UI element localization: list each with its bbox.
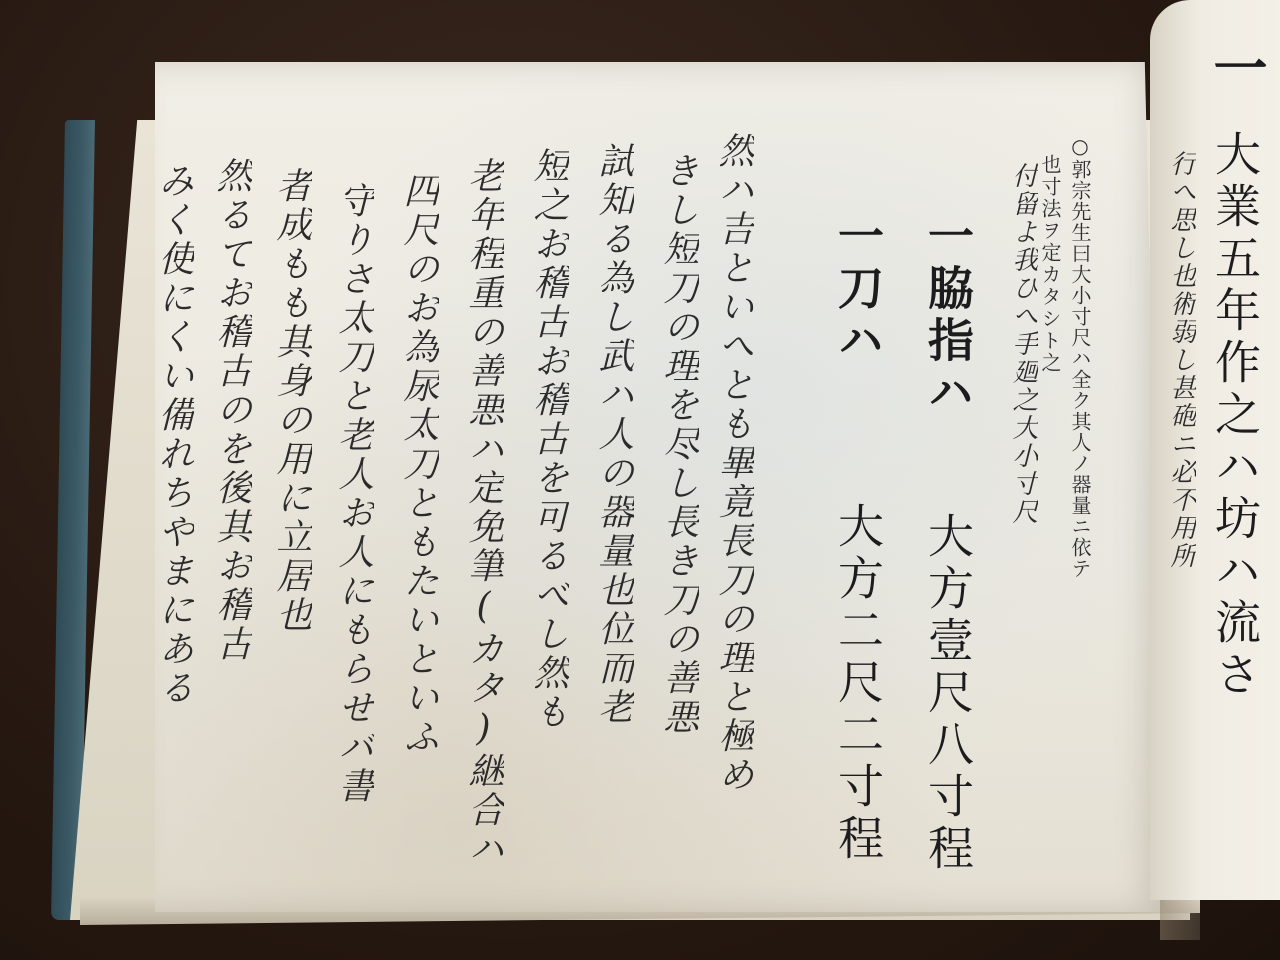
right-page-mark: 一 — [1210, 40, 1264, 100]
text-column-10: 老年程重の善悪ハ定免筆(カタ)継合ハ — [465, 157, 501, 869]
text-column-1: 付留よ我ひへ手廻之大小寸尺 — [1010, 162, 1036, 526]
left-manuscript-page: 付留よ我ひへ手廻之大小寸尺 ○郭宗先生曰大小寸尺ハ全ク其人ノ器量ニ依テ 也寸法ヲ… — [155, 62, 1165, 912]
text-column-3: 也寸法ヲ定カタシト之 — [1040, 154, 1060, 374]
text-column-15: みく使にくい備れちやまにある — [155, 162, 191, 708]
text-column-12: 守りさ太刀と老人お人にもらせバ書 — [335, 182, 371, 806]
right-page-column-2: 行へ思し也術弱し甚砲ニ必不用所 — [1168, 150, 1194, 570]
text-column-8: 試知る為し武ハ人の器量也位而老 — [595, 142, 631, 727]
heading-wakizashi: 一脇指ハ — [925, 212, 971, 420]
text-column-6: 然ハ吉といへとも畢竟長刀の理と極め — [715, 132, 751, 795]
text-column-7: きし短刀の理を尽し長き刀の善悪 — [660, 152, 696, 737]
photo-scene: 付留よ我ひへ手廻之大小寸尺 ○郭宗先生曰大小寸尺ハ全ク其人ノ器量ニ依テ 也寸法ヲ… — [0, 0, 1280, 960]
value-katana-length: 大方二尺二寸程 — [835, 502, 881, 866]
text-column-11: 四尺のお為尿太刀ともたいといふ — [400, 172, 436, 757]
text-column-2: ○郭宗先生曰大小寸尺ハ全ク其人ノ器量ニ依テ — [1070, 134, 1090, 579]
right-page-column-1: 大業五年作之ハ坊ハ流さ — [1212, 130, 1258, 702]
text-column-13: 者成もも其身の用に立居也 — [273, 167, 309, 635]
value-wakizashi-length: 大方壹尺八寸程 — [925, 512, 971, 876]
heading-katana: 一刀ハ — [835, 212, 881, 368]
text-column-14: 然るてお稽古のを後其お稽古 — [213, 157, 249, 664]
text-column-9: 短之お稽古お稽古を可るべし然も — [530, 147, 566, 732]
right-manuscript-page-edge: 一 大業五年作之ハ坊ハ流さ 行へ思し也術弱し甚砲ニ必不用所 — [1150, 0, 1280, 900]
